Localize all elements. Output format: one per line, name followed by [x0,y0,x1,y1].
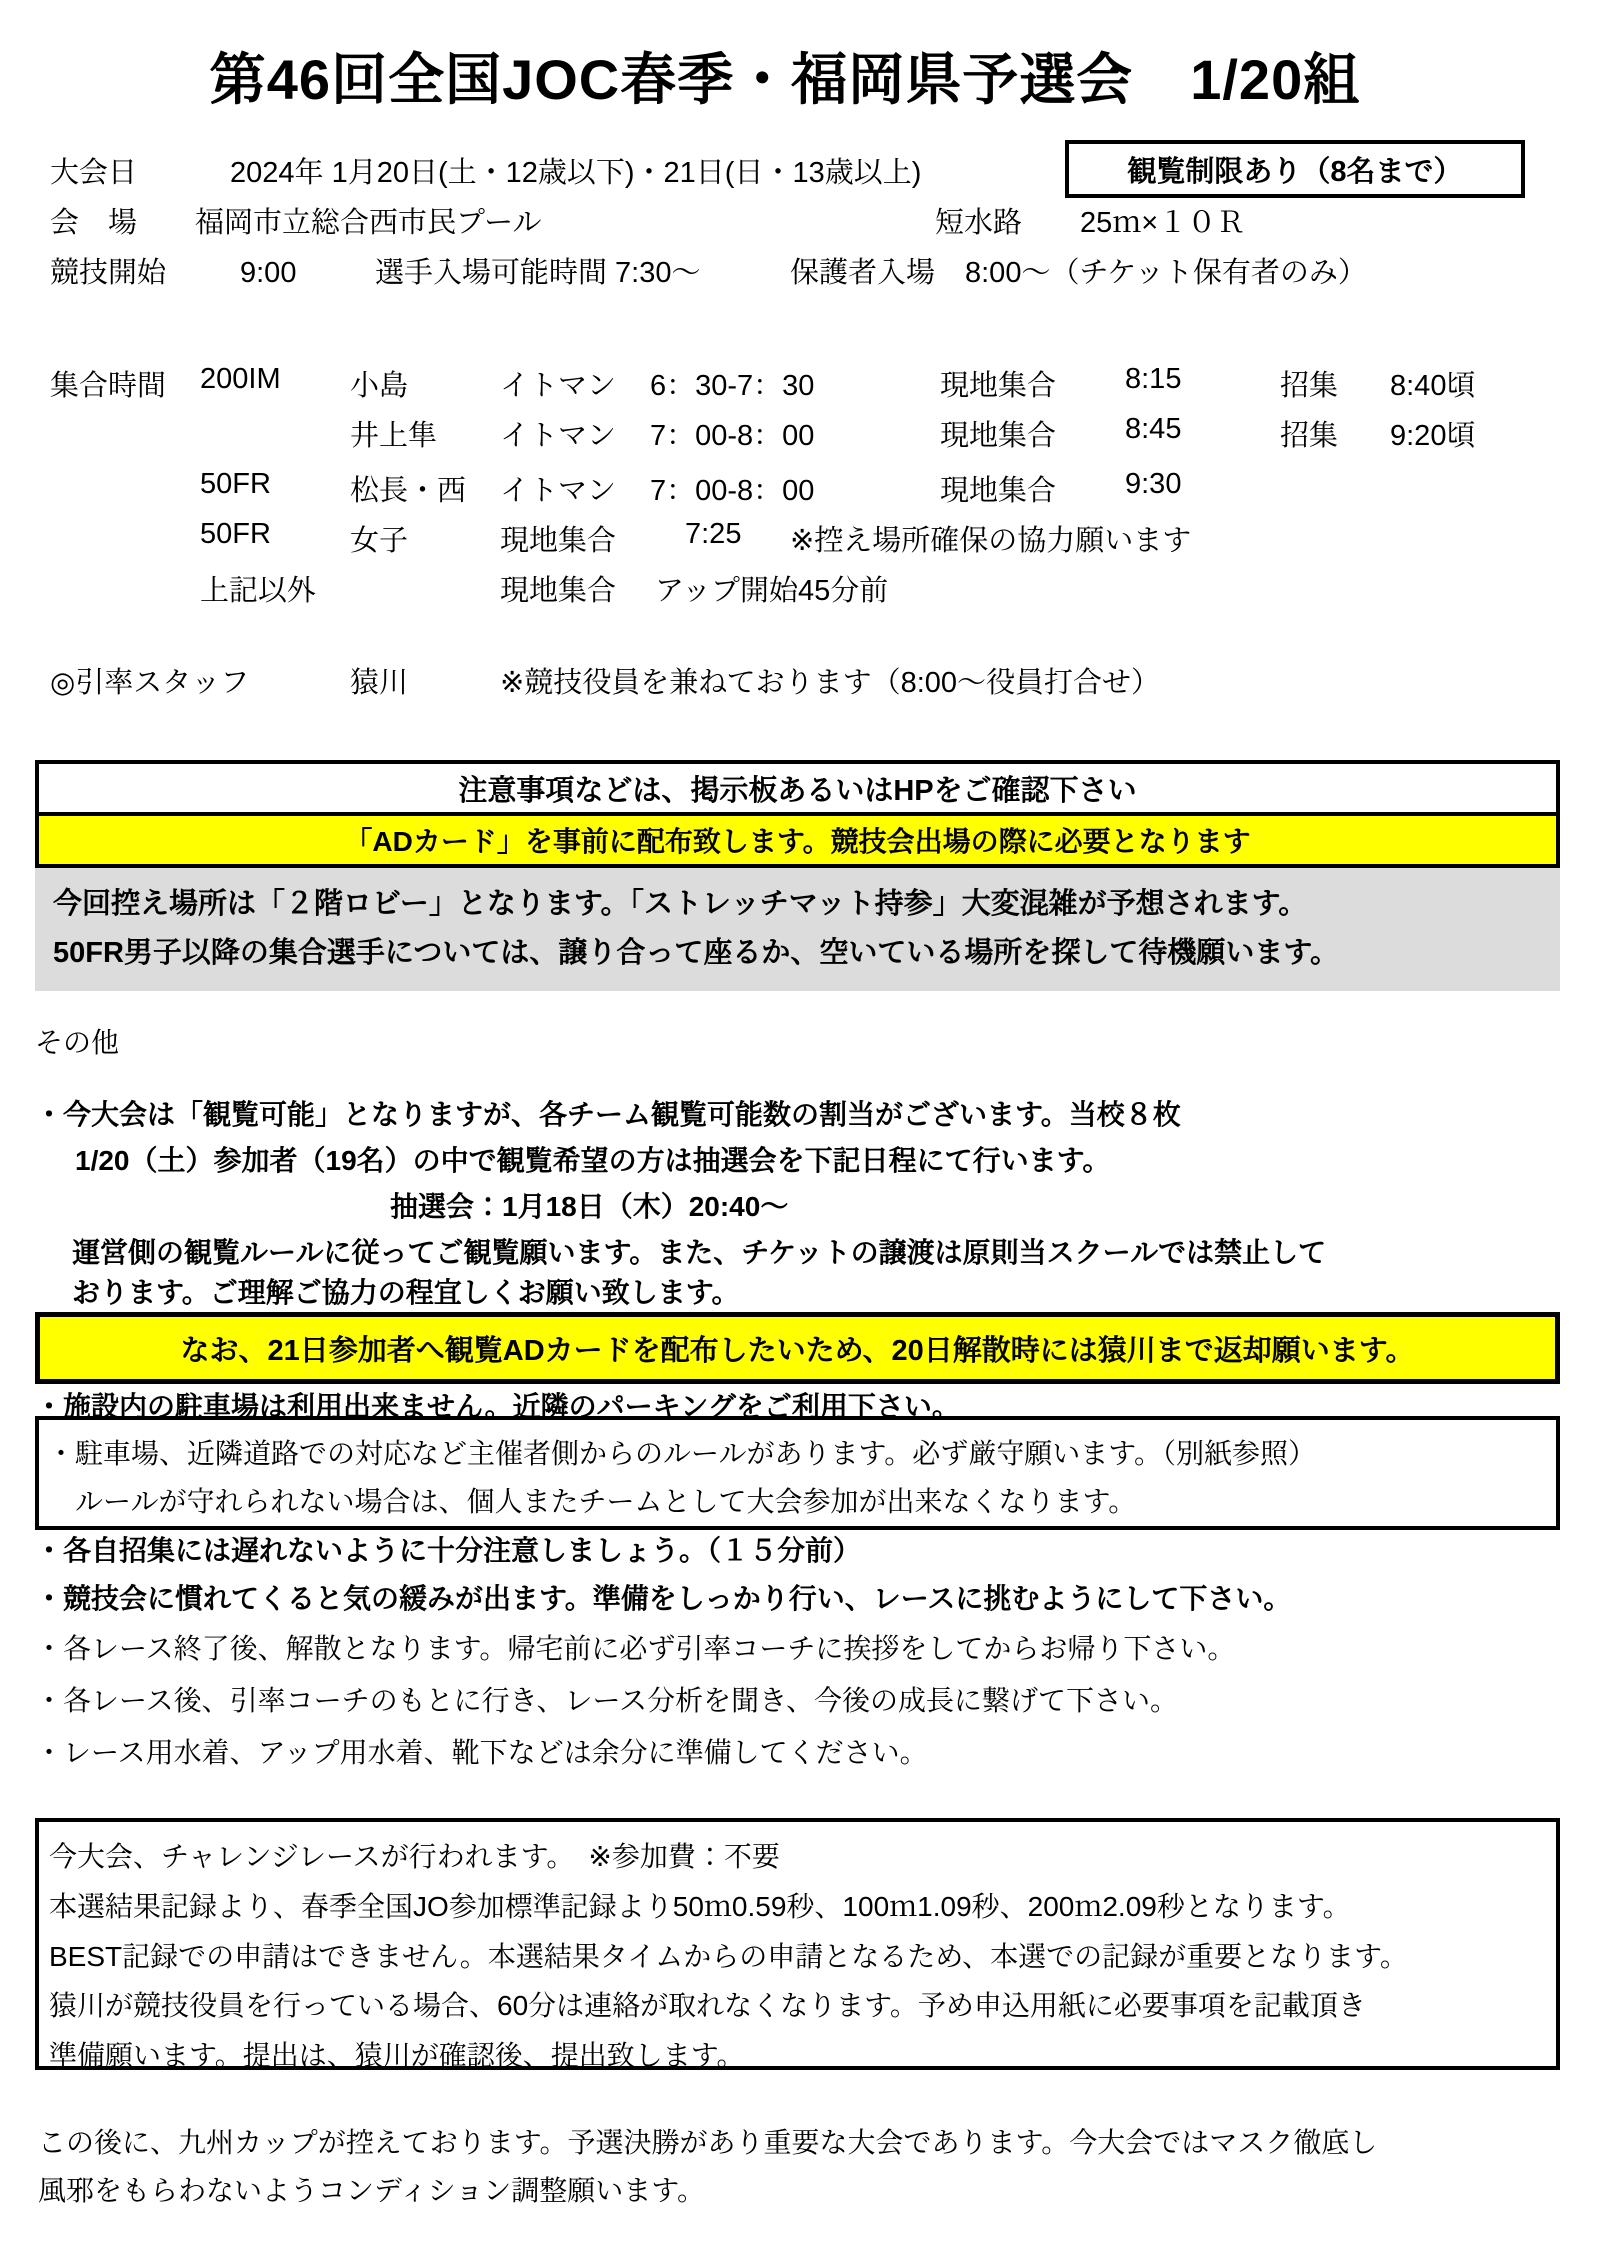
assembly-event: 200IM [200,363,281,396]
assembly-onsite-time: 8:45 [1125,413,1181,446]
course-label: 短水路 [935,206,1022,241]
assembly-time: 6：30-7：30 [650,363,814,404]
viewing-limit-badge: 観覧制限あり（8名まで） [1065,140,1525,198]
parking-rule-line2: ルールが守れられない場合は、個人またチームとして大会参加が出来なくなります。 [47,1478,1548,1526]
guardian-entry-value: 8:00～（チケット保有者のみ） [965,256,1367,291]
start-label: 競技開始 [50,256,166,291]
assembly-event: 50FR [200,468,271,501]
assembly-event: 上記以外 [200,568,316,609]
assembly-onsite-time: 7:25 [685,518,741,551]
date-value: 2024年 1月20日(土・12歳以下)・21日(日・13歳以上) [230,156,921,191]
assembly-note: ※控え場所確保の協力願います [790,518,1191,559]
parking-rule-line1: ・駐車場、近隣道路での対応など主催者側からのルールがあります。必ず厳守願います。… [47,1430,1548,1478]
challenge-line: 準備願います。提出は、猿川が確認後、提出致します。 [49,2031,1548,2081]
viewing-bullet-4: おります。ご理解ご協力の程宜しくお願い致します。 [72,1276,740,1310]
bullet-swimwear: ・レース用水着、アップ用水着、靴下などは余分に準備してください。 [35,1736,928,1770]
assembly-row: 上記以外 現地集合 アップ開始45分前 [0,568,1600,610]
ad-card-highlight-line: 「ADカード」を事前に配布致します。競技会出場の際に必要となります [35,816,1560,868]
notice-box: 注意事項などは、掲示板あるいはHPをご確認下さい 「ADカード」を事前に配布致し… [35,760,1560,991]
assembly-club: イトマン [500,413,616,454]
assembly-call-time: 9:20頃 [1390,413,1475,454]
assembly-name: 小島 [350,363,408,404]
bullet-dismiss: ・各レース終了後、解散となります。帰宅前に必ず引率コーチに挨拶をしてからお帰り下… [35,1632,1235,1666]
waiting-area-note: 今回控え場所は「２階ロビー」となります。「ストレッチマット持参」大変混雑が予想さ… [35,868,1560,991]
challenge-line: 猿川が競技役員を行っている場合、60分は連絡が取れなくなります。予め申込用紙に必… [49,1981,1548,2031]
notice-board-line: 注意事項などは、掲示板あるいはHPをご確認下さい [35,760,1560,816]
assembly-note: アップ開始45分前 [655,568,888,609]
others-heading: その他 [35,1026,119,1060]
assembly-name: 女子 [350,518,408,559]
viewing-bullet-3: 運営側の観覧ルールに従ってご観覧願います。また、チケットの譲渡は原則当スクールで… [72,1236,1326,1270]
assembly-row: 集合時間 200IM 小島 イトマン 6：30-7：30 現地集合 8:15 招… [0,363,1600,405]
assembly-onsite-time: 9:30 [1125,468,1181,501]
parking-rule-box: ・駐車場、近隣道路での対応など主催者側からのルールがあります。必ず厳守願います。… [35,1416,1560,1530]
page-title: 第46回全国JOC春季・福岡県予選会 1/20組 [0,36,1570,116]
venue-label: 会 場 [50,206,137,241]
assembly-club: イトマン [500,468,616,509]
assembly-time: 7：00-8：00 [650,413,814,454]
start-value: 9:00 [240,256,296,291]
venue-value: 福岡市立総合西市民プール [195,206,542,241]
footer-line2: 風邪をもらわないようコンディション調整願います。 [38,2174,705,2208]
assembly-club: イトマン [500,363,616,404]
course-value: 25ｍ×１０Ｒ [1080,206,1245,241]
assembly-name: 井上隼 [350,413,437,454]
challenge-line: BEST記録での申請はできません。本選結果タイムからの申請となるため、本選での記… [49,1932,1548,1982]
challenge-line: 本選結果記録より、春季全国JO参加標準記録より50ｍ0.59秒、100ｍ1.09… [49,1882,1548,1932]
assembly-call-label: 招集 [1280,413,1338,454]
athlete-entry-time: 選手入場可能時間 7:30～ [375,256,701,291]
assembly-label: 集合時間 [50,363,166,404]
assembly-time: 7：00-8：00 [650,468,814,509]
date-label: 大会日 [50,156,137,191]
staff-label: ◎引率スタッフ [50,666,249,701]
assembly-row: 井上隼 イトマン 7：00-8：00 現地集合 8:45 招集 9:20頃 [0,413,1600,455]
bullet-prepare: ・競技会に慣れてくると気の緩みが出ます。準備をしっかり行い、レースに挑むようにし… [35,1582,1291,1616]
challenge-line: 今大会、チャレンジレースが行われます。 ※参加費：不要 [49,1832,1548,1882]
guardian-entry-label: 保護者入場 [790,256,935,291]
assembly-row: 50FR 松長・西 イトマン 7：00-8：00 現地集合 9:30 [0,468,1600,510]
notice-document-page: 第46回全国JOC春季・福岡県予選会 1/20組 観覧制限あり（8名まで） 大会… [0,0,1600,2263]
footer-line1: この後に、九州カップが控えております。予選決勝があり重要な大会であります。今大会… [38,2126,1377,2160]
assembly-onsite-label: 現地集合 [500,518,616,559]
assembly-name: 松長・西 [350,468,466,509]
assembly-onsite-time: 8:15 [1125,363,1181,396]
assembly-onsite-label: 現地集合 [940,413,1056,454]
waiting-area-line1: 今回控え場所は「２階ロビー」となります。「ストレッチマット持参」大変混雑が予想さ… [53,880,1550,929]
bullet-call: ・各自招集には遅れないように十分注意しましょう。（１５分前） [35,1534,861,1568]
bullet-analysis: ・各レース後、引率コーチのもとに行き、レース分析を聞き、今後の成長に繋げて下さい… [35,1684,1178,1718]
assembly-onsite-label: 現地集合 [940,363,1056,404]
staff-name: 猿川 [350,666,408,701]
assembly-call-label: 招集 [1280,363,1338,404]
assembly-onsite-label: 現地集合 [500,568,616,609]
viewing-bullet-2: 1/20（土）参加者（19名）の中で観覧希望の方は抽選会を下記日程にて行います。 [75,1144,1110,1178]
assembly-onsite-label: 現地集合 [940,468,1056,509]
waiting-area-line2: 50FR男子以降の集合選手については、譲り合って座るか、空いている場所を探して待… [53,929,1550,978]
assembly-call-time: 8:40頃 [1390,363,1475,404]
ad-card-return-highlight: なお、21日参加者へ観覧ADカードを配布したいため、20日解散時には猿川まで返却… [35,1312,1560,1384]
challenge-race-box: 今大会、チャレンジレースが行われます。 ※参加費：不要 本選結果記録より、春季全… [35,1818,1560,2070]
viewing-bullet-1: ・今大会は「観覧可能」となりますが、各チーム観覧可能数の割当がございます。当校８… [35,1098,1181,1132]
staff-note: ※競技役員を兼ねております（8:00～役員打合せ） [500,666,1160,701]
assembly-event: 50FR [200,518,271,551]
lottery-line: 抽選会：1月18日（木）20:40～ [390,1190,788,1224]
assembly-row: 50FR 女子 現地集合 7:25 ※控え場所確保の協力願います [0,518,1600,560]
